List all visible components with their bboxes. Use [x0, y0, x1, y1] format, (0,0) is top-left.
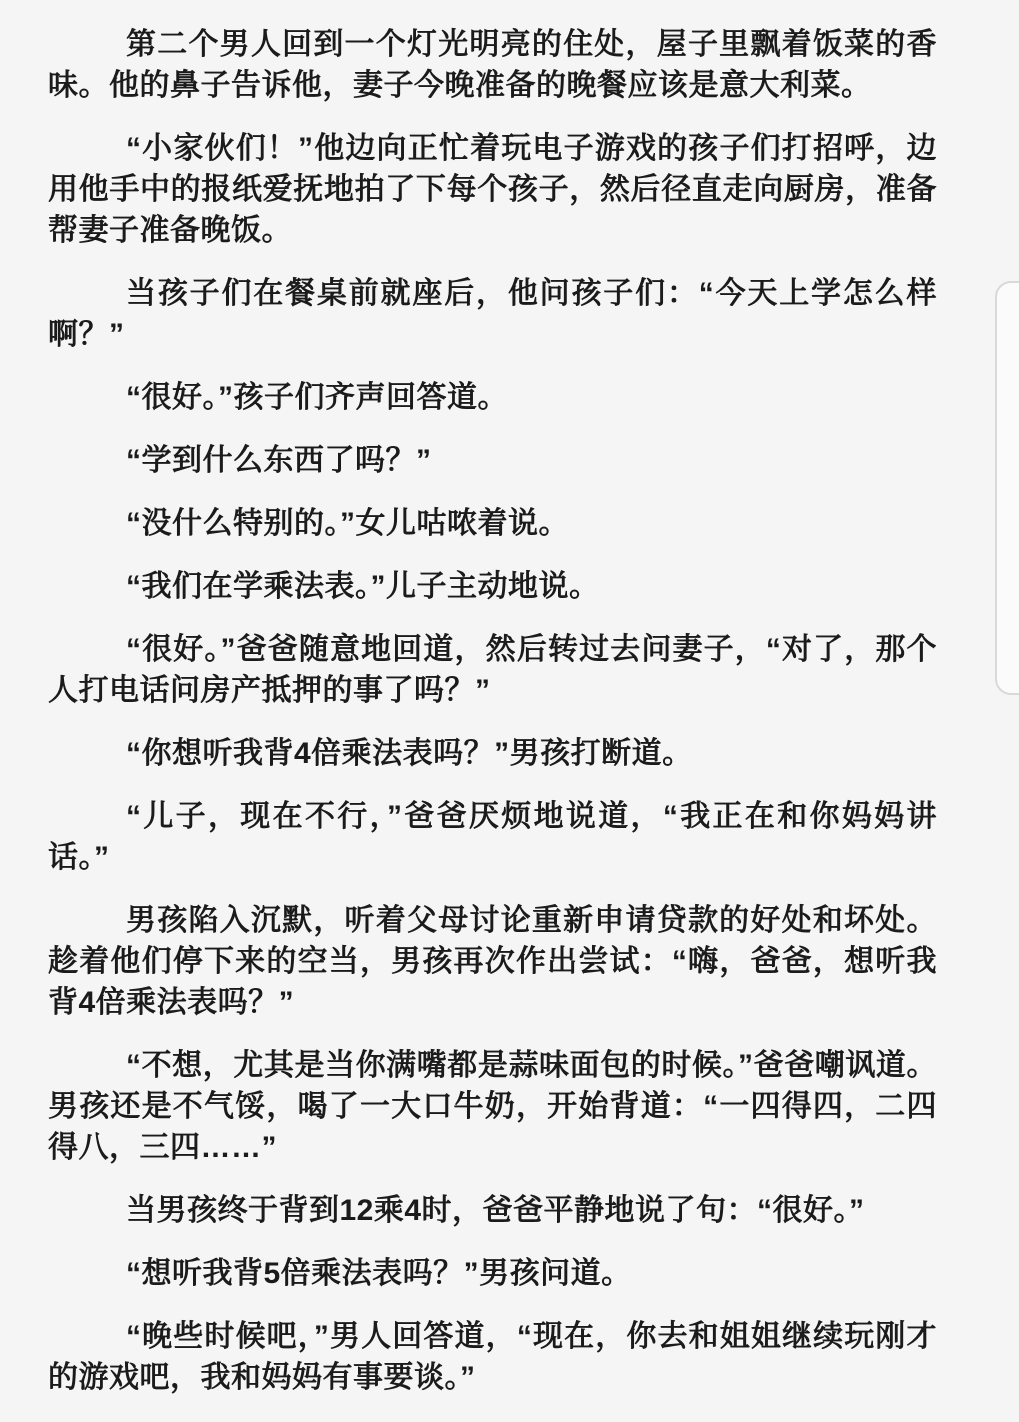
- paragraph: “晚些时候吧，”男人回答道，“现在，你去和姐姐继续玩刚才的游戏吧，我和妈妈有事要…: [48, 1316, 937, 1398]
- paragraph: “学到什么东西了吗？”: [48, 440, 937, 481]
- paragraph: “很好。”爸爸随意地回道，然后转过去问妻子，“对了，那个人打电话问房产抵押的事了…: [48, 629, 937, 711]
- reading-area: 第二个男人回到一个灯光明亮的住处，屋子里飘着饭菜的香味。他的鼻子告诉他，妻子今晚…: [0, 0, 1019, 1422]
- paragraph: 当男孩终于背到12乘4时，爸爸平静地说了句：“很好。”: [48, 1190, 937, 1231]
- paragraph: “没什么特别的。”女儿咕哝着说。: [48, 503, 937, 544]
- paragraph: “想听我背5倍乘法表吗？”男孩问道。: [48, 1253, 937, 1294]
- story-text: 第二个男人回到一个灯光明亮的住处，屋子里飘着饭菜的香味。他的鼻子告诉他，妻子今晚…: [48, 24, 937, 1398]
- paragraph: “不想，尤其是当你满嘴都是蒜味面包的时候。”爸爸嘲讽道。男孩还是不气馁，喝了一大…: [48, 1045, 937, 1168]
- paragraph: 男孩陷入沉默，听着父母讨论重新申请贷款的好处和坏处。趁着他们停下来的空当，男孩再…: [48, 900, 937, 1023]
- paragraph: “小家伙们！”他边向正忙着玩电子游戏的孩子们打招呼，边用他手中的报纸爱抚地拍了下…: [48, 128, 937, 251]
- paragraph: “你想听我背4倍乘法表吗？”男孩打断道。: [48, 733, 937, 774]
- reader-page: { "colors": { "background": "#f5f5f5", "…: [0, 0, 1019, 1422]
- scrollbar-thumb[interactable]: [995, 281, 1019, 695]
- paragraph: “很好。”孩子们齐声回答道。: [48, 377, 937, 418]
- paragraph: 当孩子们在餐桌前就座后，他问孩子们：“今天上学怎么样啊？”: [48, 273, 937, 355]
- paragraph: “儿子，现在不行，”爸爸厌烦地说道，“我正在和你妈妈讲话。”: [48, 796, 937, 878]
- paragraph: 第二个男人回到一个灯光明亮的住处，屋子里飘着饭菜的香味。他的鼻子告诉他，妻子今晚…: [48, 24, 937, 106]
- paragraph: “我们在学乘法表。”儿子主动地说。: [48, 566, 937, 607]
